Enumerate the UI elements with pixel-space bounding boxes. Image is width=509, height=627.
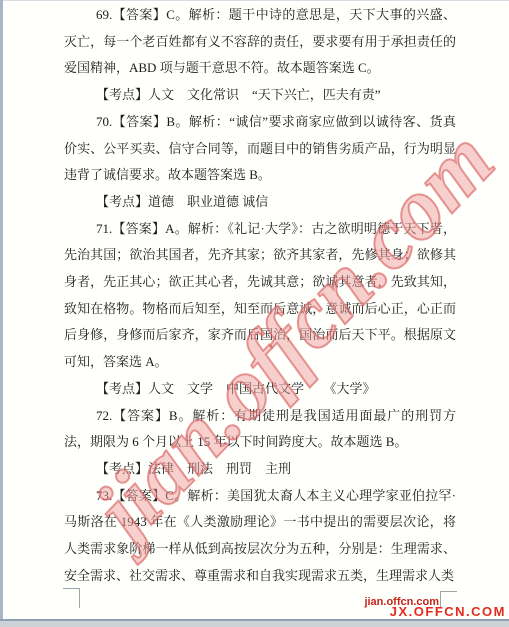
kaodian-paragraph-69: 【考点】人文 文化常识 “天下兴亡，匹夫有责” xyxy=(64,82,456,109)
kaodian-paragraph-72: 【考点】法律 刑法 刑罚 主刑 xyxy=(64,456,456,483)
window-edge-left xyxy=(0,0,3,627)
window-edge-top xyxy=(0,0,509,1)
answer-paragraph-73: 73.【答案】C。解析：美国犹太裔人本主义心理学家亚伯拉罕·马斯洛在 1943 … xyxy=(64,483,456,590)
kaodian-paragraph-71: 【考点】人文 文学 中国古代文学 《大学》 xyxy=(64,376,456,403)
answer-paragraph-72: 72.【答案】B。解析：有期徒刑是我国适用面最广的刑罚方法，期限为 6 个月以上… xyxy=(64,403,456,456)
document-page: { "page": { "background_color": "#fffffb… xyxy=(0,0,509,627)
window-edge-bottom xyxy=(0,619,509,627)
document-text-block: 69.【答案】C。解析：题干中诗的意思是，天下大事的兴盛、灭亡，每一个老百姓都有… xyxy=(64,2,456,589)
kaodian-paragraph-70: 【考点】道德 职业道德 诚信 xyxy=(64,189,456,216)
answer-paragraph-69: 69.【答案】C。解析：题干中诗的意思是，天下大事的兴盛、灭亡，每一个老百姓都有… xyxy=(64,2,456,82)
margin-crop-mark-left xyxy=(63,588,80,608)
answer-paragraph-70: 70.【答案】B。解析：“诚信”要求商家应做到以诚待客、货真价实、公平买卖、信守… xyxy=(64,109,456,189)
answer-paragraph-71: 71.【答案】A。解析：《礼记·大学》：古之欲明明德于天下者，先治其国；欲治其国… xyxy=(64,216,456,376)
site-url-bold: JX.OFFCN.COM xyxy=(390,604,506,619)
